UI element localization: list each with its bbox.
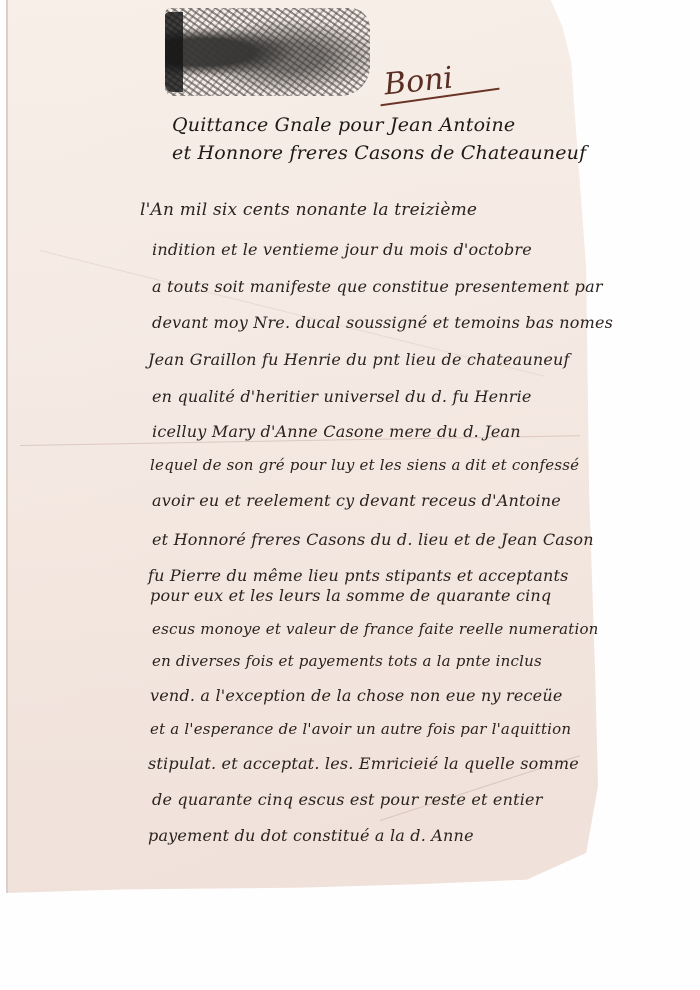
body-line: payement du dot constitué a la d. Anne [148, 826, 474, 845]
body-line: et a l'esperance de l'avoir un autre foi… [150, 720, 571, 738]
document-title-line-1: Quittance Gnale pour Jean Antoine [172, 114, 515, 136]
body-line: devant moy Nre. ducal soussigné et temoi… [152, 313, 613, 332]
document-title-line-2: et Honnore freres Casons de Chateauneuf [172, 142, 586, 164]
signature: Boni [382, 60, 454, 102]
body-line: avoir eu et reelement cy devant receus d… [152, 491, 561, 510]
body-line: stipulat. et acceptat. les. Emricieié la… [148, 754, 579, 773]
body-line: en qualité d'heritier universel du d. fu… [152, 387, 532, 406]
body-line: et Honnoré freres Casons du d. lieu et d… [152, 530, 594, 549]
body-line: escus monoye et valeur de france faite r… [152, 620, 599, 638]
body-line: vend. a l'exception de la chose non eue … [150, 686, 563, 705]
body-line: en diverses fois et payements tots a la … [152, 652, 542, 670]
body-line: l'An mil six cents nonante la treizième [140, 200, 477, 220]
body-line: a touts soit manifeste que constitue pre… [152, 277, 603, 296]
body-line: de quarante cinq escus est pour reste et… [152, 790, 543, 809]
body-line: pour eux et les leurs la somme de quaran… [150, 586, 551, 605]
tax-stamp-icon [165, 8, 370, 96]
body-line: indition et le ventieme jour du mois d'o… [152, 240, 532, 259]
body-line: fu Pierre du même lieu pnts stipants et … [148, 566, 569, 585]
body-line: Jean Graillon fu Henrie du pnt lieu de c… [148, 350, 570, 369]
body-line: lequel de son gré pour luy et les siens … [150, 456, 579, 474]
body-line: icelluy Mary d'Anne Casone mere du d. Je… [152, 422, 521, 441]
